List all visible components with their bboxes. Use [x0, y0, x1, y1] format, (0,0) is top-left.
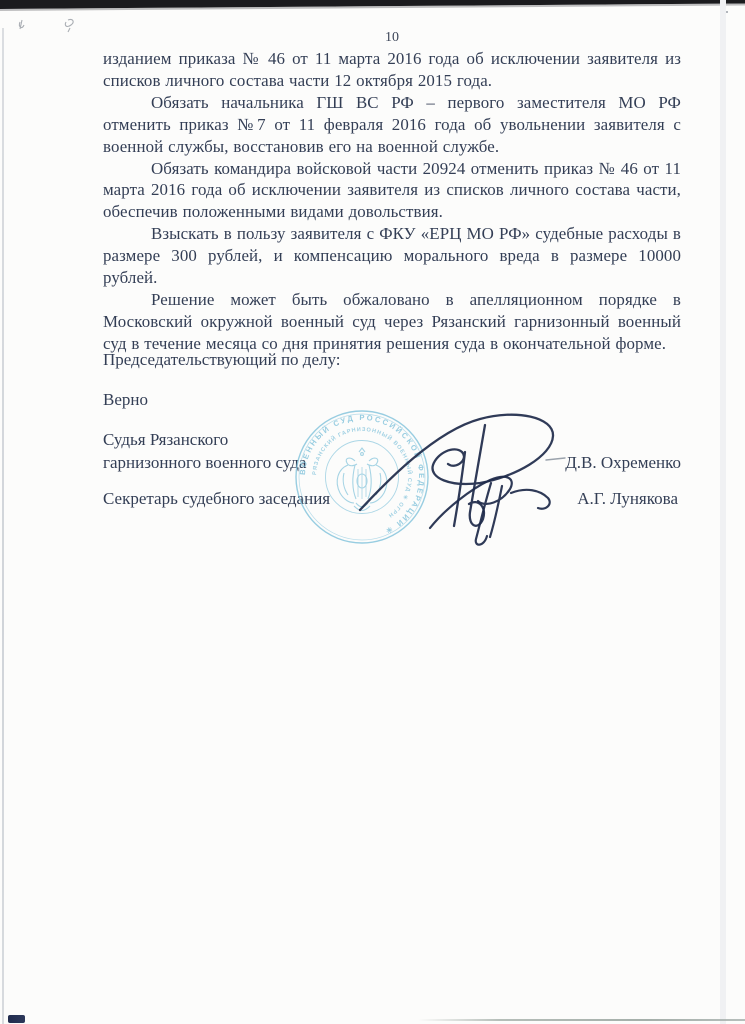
presiding-judge-line: Председательствующий по делу: — [103, 350, 340, 370]
scan-right-edge-artifact — [720, 0, 726, 1024]
scanned-page: 10 изданием приказа № 46 от 11 марта 201… — [0, 0, 745, 1024]
judge-title-line1: Судья Рязанского — [103, 430, 228, 450]
scan-bottom-corner-artifact — [8, 1015, 25, 1023]
secretary-signature — [430, 477, 550, 545]
judge-signature — [360, 415, 553, 526]
scan-top-edge-artifact — [0, 0, 745, 16]
secretary-name: А.Г. Лунякова — [577, 489, 681, 509]
document-body: изданием приказа № 46 от 11 марта 2016 г… — [103, 48, 681, 355]
paragraph-recovery: Взыскать в пользу заявителя с ФКУ «ЕРЦ М… — [103, 223, 681, 289]
scan-dust-speck — [726, 11, 728, 13]
judge-name: Д.В. Охременко — [565, 453, 681, 473]
signature-dash — [546, 458, 565, 460]
page-number: 10 — [103, 30, 681, 46]
paragraph-order-commander: Обязать командира войсковой части 20924 … — [103, 158, 681, 224]
certified-true-label: Верно — [103, 390, 148, 410]
paragraph-order-gsh: Обязать начальника ГШ ВС РФ – первого за… — [103, 92, 681, 158]
pencil-marks — [12, 16, 92, 38]
scan-left-edge-artifact — [2, 28, 4, 1024]
judge-title-line2: гарнизонного военного суда — [103, 453, 306, 473]
paragraph-appeal: Решение может быть обжаловано в апелляци… — [103, 289, 681, 355]
scan-bottom-edge-artifact — [418, 1019, 745, 1021]
paragraph-continuation: изданием приказа № 46 от 11 марта 2016 г… — [103, 48, 681, 92]
handwritten-signatures — [330, 398, 580, 548]
